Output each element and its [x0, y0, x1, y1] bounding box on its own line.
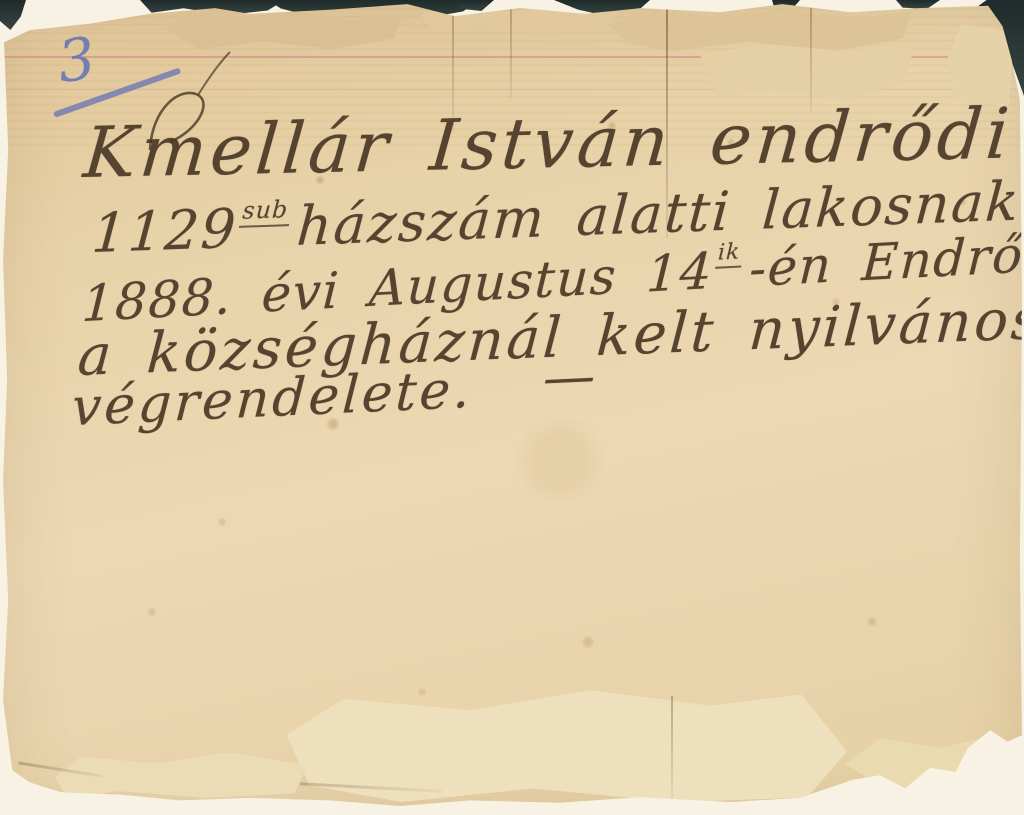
document-scan: 3 Kmellár István endrődi 1129subházszám … — [0, 0, 1024, 815]
superscript-ik: ik — [715, 239, 743, 268]
crease-line — [510, 2, 512, 98]
torn-edge-backing — [0, 0, 26, 30]
closing-dash: — — [541, 346, 597, 409]
paper-sheet: 3 Kmellár István endrődi 1129subházszám … — [0, 0, 1024, 815]
crack-line — [671, 696, 673, 800]
torn-paper-flake — [845, 735, 1021, 799]
house-number: 1129 — [90, 197, 240, 265]
torn-edge-backing — [896, 0, 940, 9]
superscript-sub: sub — [239, 195, 291, 228]
